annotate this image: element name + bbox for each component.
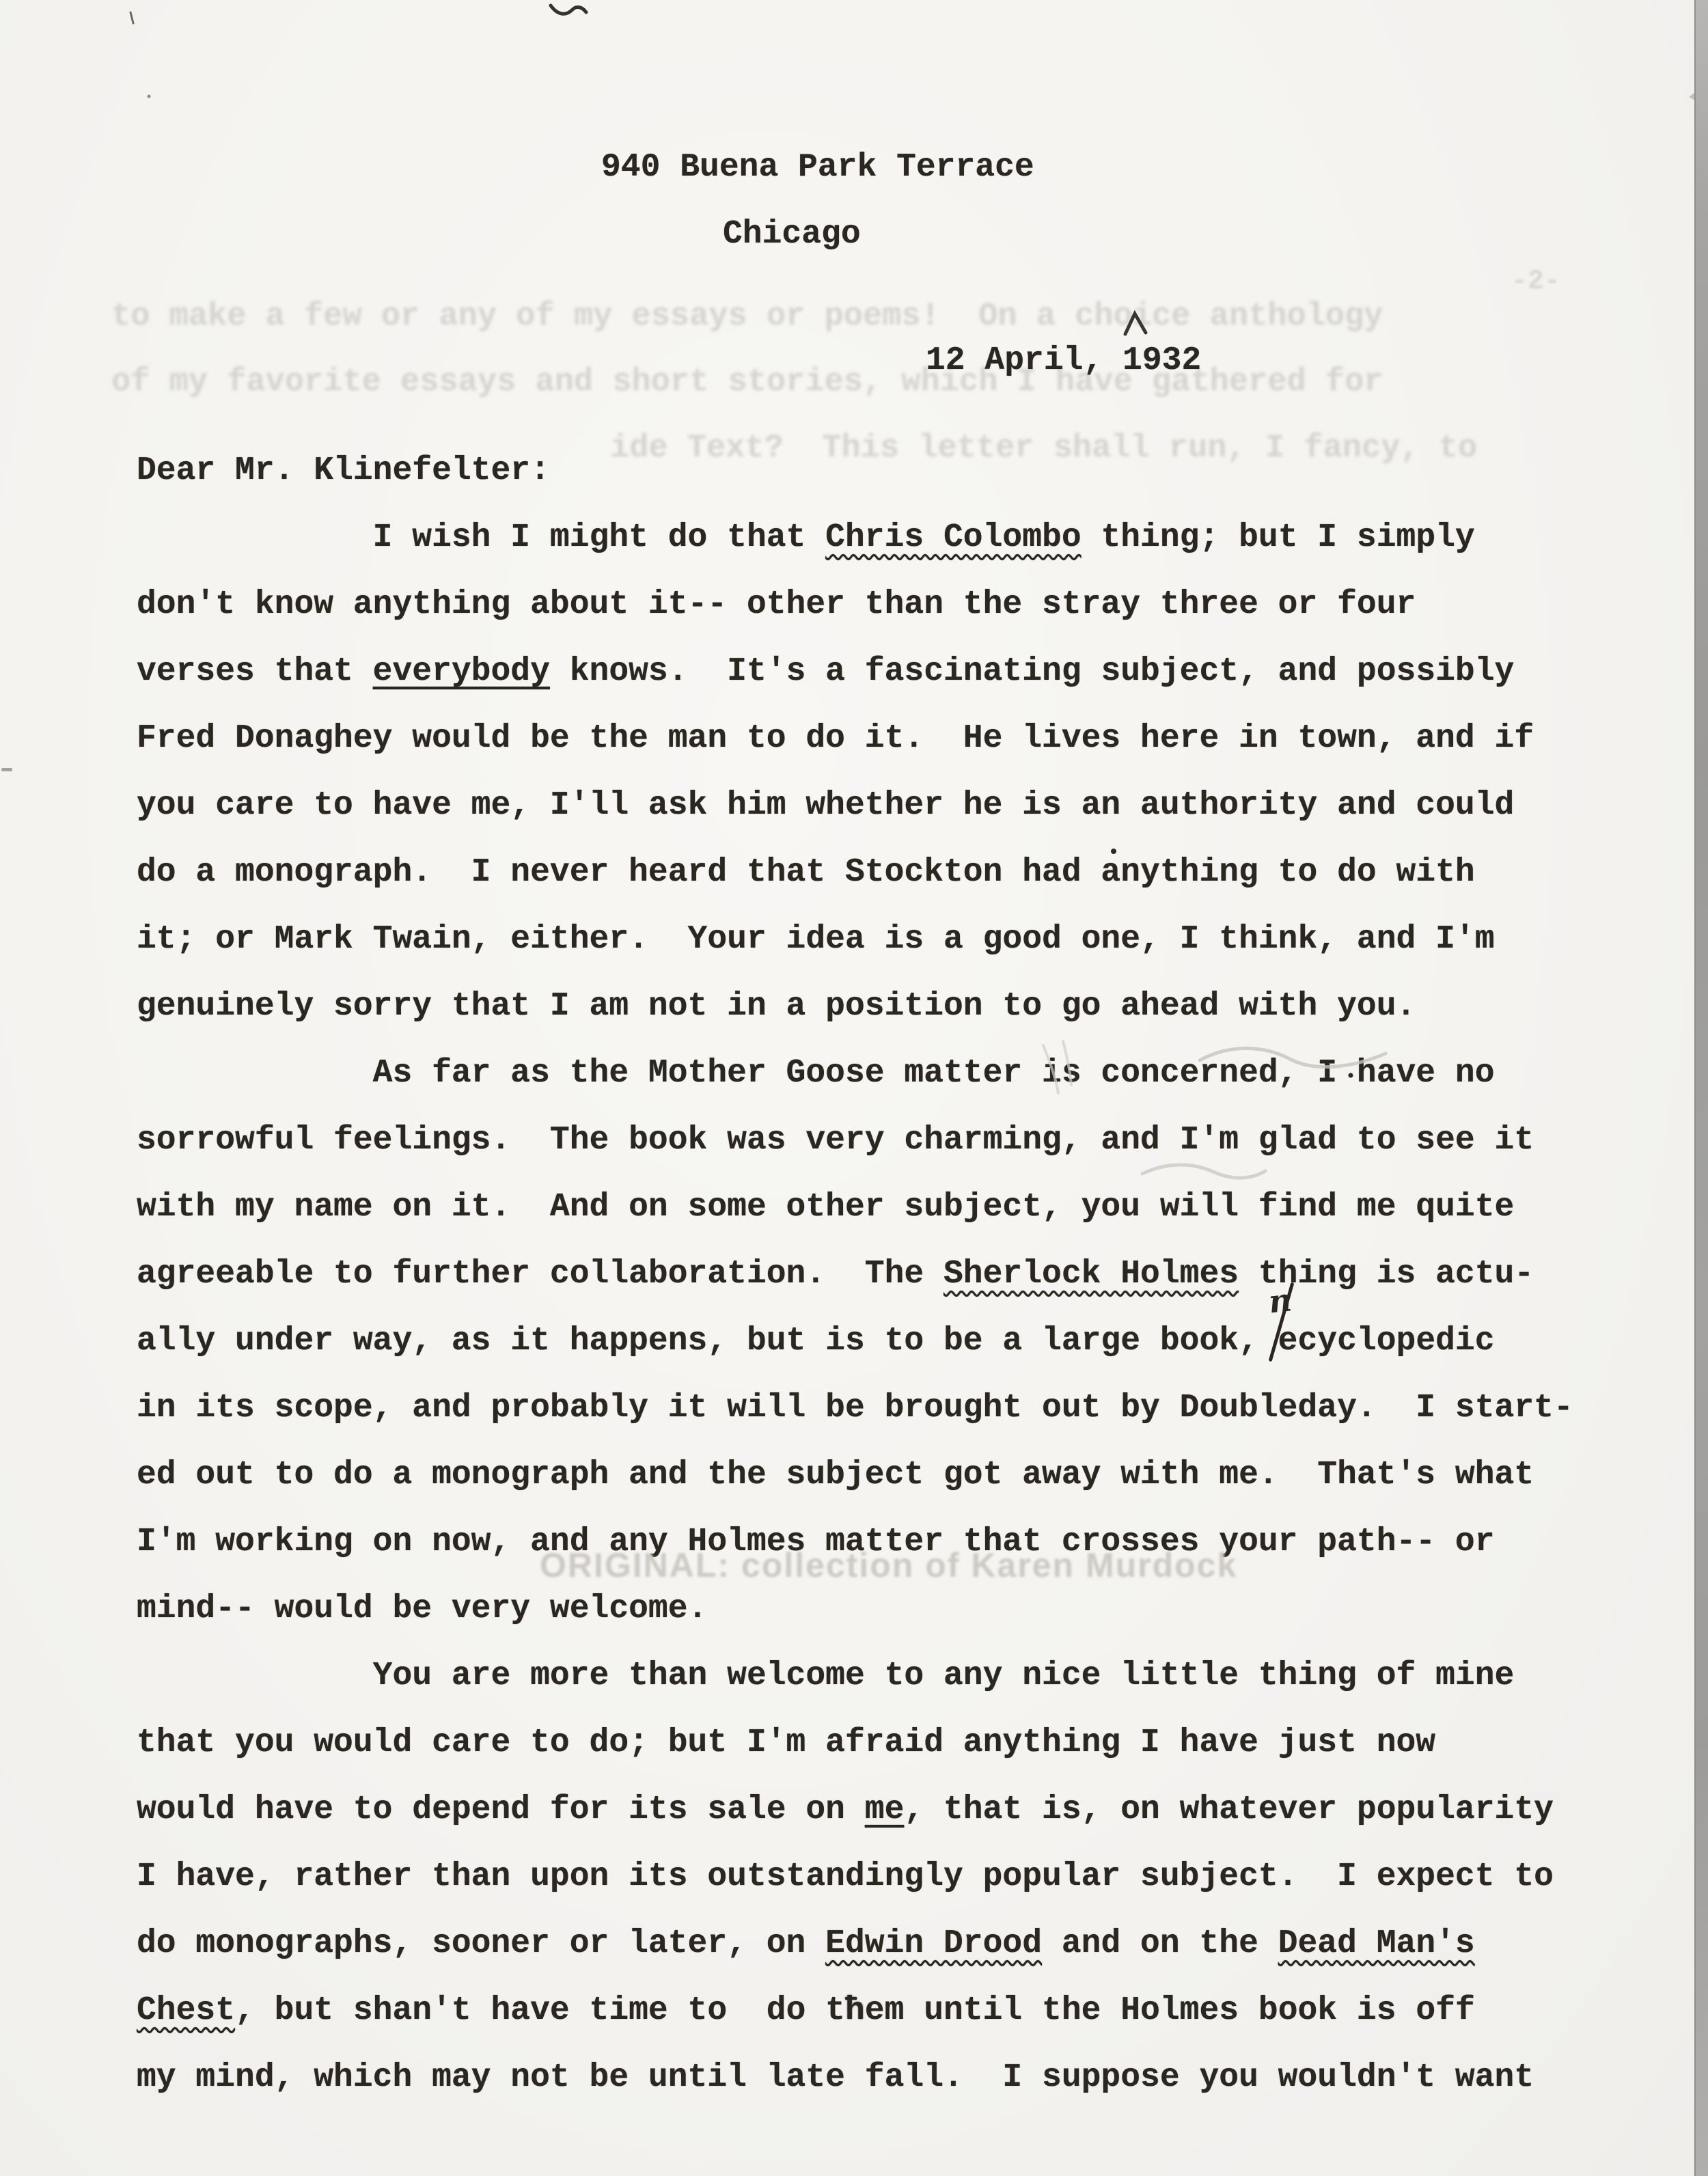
letter-line: my mind, which may not be until late fal…: [137, 2044, 1573, 2111]
top-edge-pen-mark: [551, 5, 586, 14]
letter-line: in its scope, and probably it will be br…: [137, 1375, 1573, 1442]
letter-line: you care to have me, I'll ask him whethe…: [137, 772, 1573, 839]
letter-line: it; or Mark Twain, either. Your idea is …: [137, 906, 1573, 973]
collection-watermark: ORIGINAL: collection of Karen Murdock: [540, 1545, 1237, 1585]
letter-line: ally under way, as it happens, but is to…: [137, 1308, 1573, 1375]
letter-line: I wish I might do that Chris Colombo thi…: [137, 504, 1573, 571]
letter-line: Chest, but shan't have time to do tħem u…: [137, 1977, 1573, 2044]
letter-line: don't know anything about it-- other tha…: [137, 571, 1573, 638]
underlined-me: me: [865, 1791, 905, 1828]
letter-line: Fred Donaghey would be the man to do it.…: [137, 705, 1573, 772]
stray-speck: [130, 12, 133, 23]
letter-line: ed out to do a monograph and the subject…: [137, 1442, 1573, 1509]
letter-line: verses that everybody knows. It's a fasc…: [137, 638, 1573, 705]
salutation: Dear Mr. Klinefelter:: [137, 437, 550, 504]
date-line: 12 April, 1932: [926, 327, 1201, 394]
letter-body: I wish I might do that Chris Colombo thi…: [137, 504, 1573, 2111]
underlined-sherlock-holmes: Sherlock Holmes: [943, 1256, 1239, 1293]
underlined-edwin-drood: Edwin Drood: [825, 1925, 1042, 1962]
stray-speck: [148, 95, 151, 98]
letter-line: You are more than welcome to any nice li…: [137, 1642, 1573, 1709]
letter-line: sorrowful feelings. The book was very ch…: [137, 1107, 1573, 1174]
underlined-everybody: everybody: [373, 653, 550, 690]
left-edge-dash: [1, 768, 12, 771]
letter-line: do a monograph. I never heard that Stock…: [137, 839, 1573, 906]
letter-line: As far as the Mother Goose matter is con…: [137, 1040, 1573, 1107]
overtyped-h: ħ: [845, 1992, 865, 2029]
ghost-page-number: -2-: [1511, 262, 1560, 303]
letter-line: genuinely sorry that I am not in a posit…: [137, 973, 1573, 1040]
letter-line: with my name on it. And on some other su…: [137, 1174, 1573, 1241]
letter-line: agreeable to further collaboration. The …: [137, 1241, 1573, 1308]
underlined-chris-colombo: Chris Colombo: [825, 519, 1081, 556]
underlined-chest: Chest: [137, 1992, 235, 2029]
underlined-dead-mans: Dead Man's: [1278, 1925, 1475, 1962]
letter-line: I have, rather than upon its outstanding…: [137, 1843, 1573, 1910]
letter-scan-page: to make a few or any of my essays or poe…: [0, 0, 1708, 2176]
letter-line: do monographs, sooner or later, on Edwin…: [137, 1910, 1573, 1977]
letter-line: would have to depend for its sale on me,…: [137, 1776, 1573, 1843]
address-city-line: Chicago: [601, 201, 1034, 268]
letter-line: that you would care to do; but I'm afrai…: [137, 1709, 1573, 1776]
return-address: 940 Buena Park Terrace Chicago: [601, 134, 1034, 268]
address-street-line: 940 Buena Park Terrace: [601, 134, 1034, 201]
scan-page-edge: [1694, 0, 1708, 2176]
ghost-line: ide Text? This letter shall run, I fancy…: [610, 415, 1477, 482]
letter-line: mind-- would be very welcome.: [137, 1575, 1573, 1642]
